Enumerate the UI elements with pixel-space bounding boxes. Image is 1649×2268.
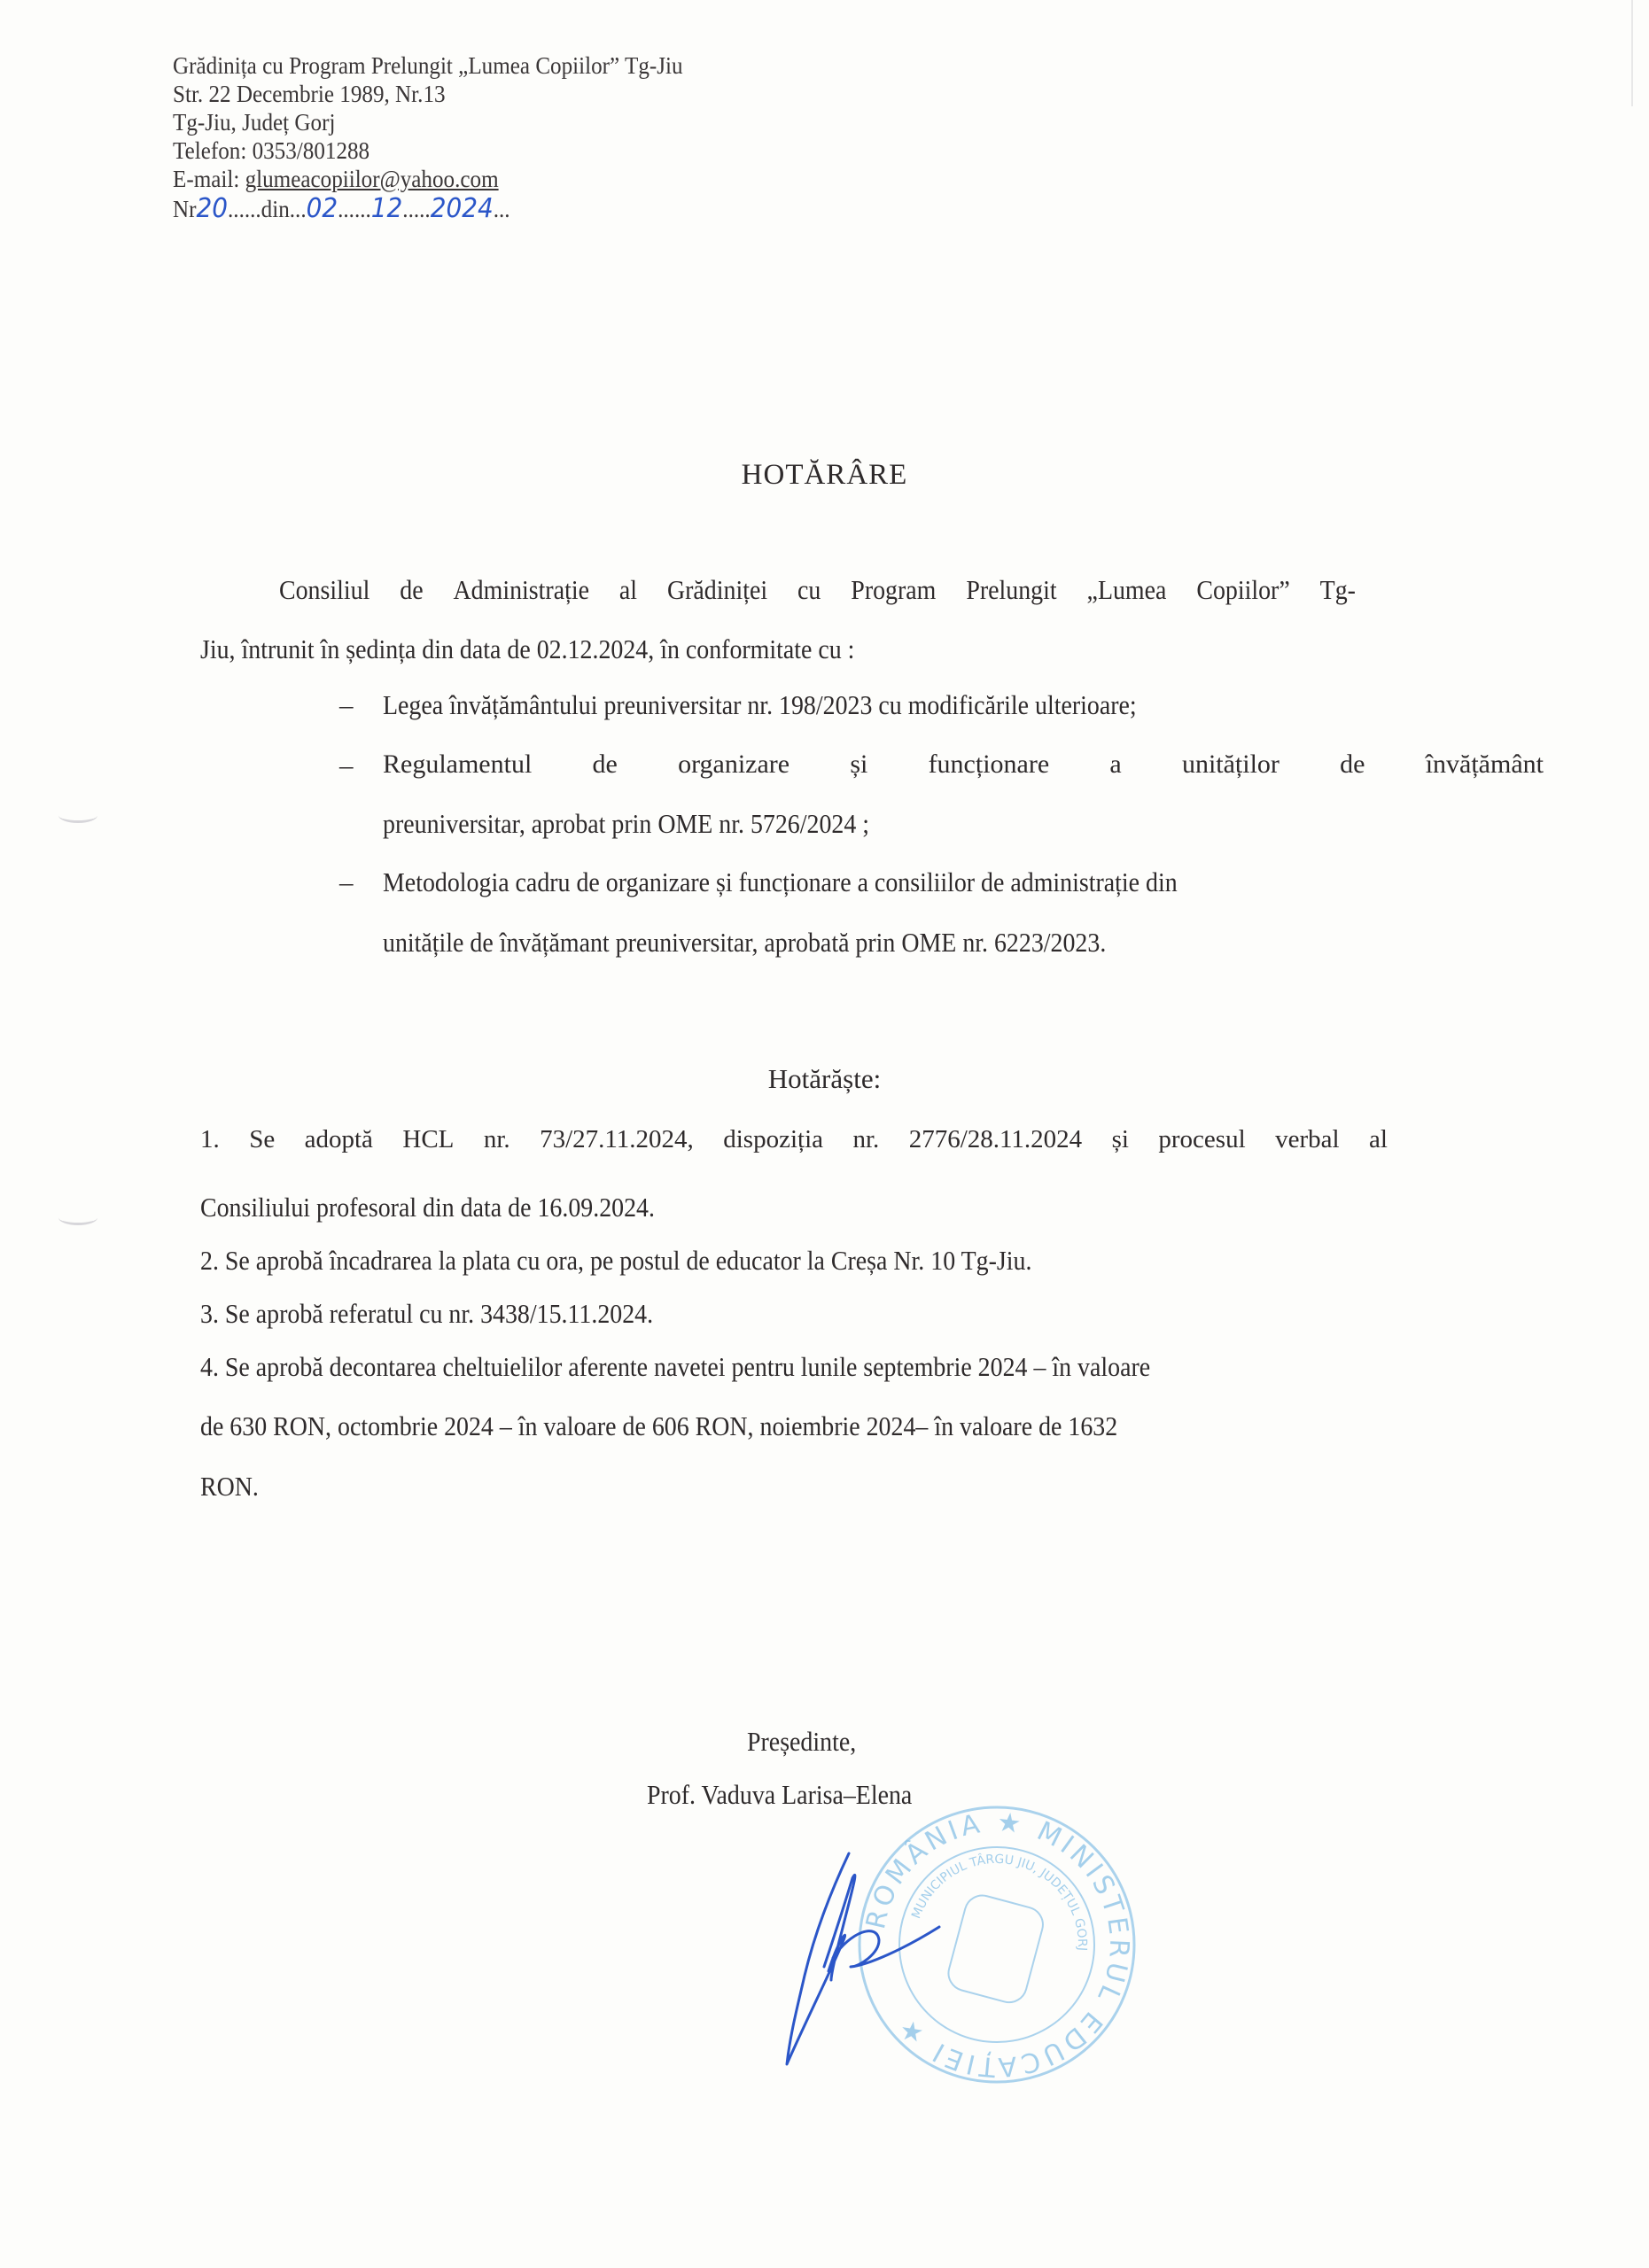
decision-item: RON. (200, 1471, 259, 1503)
institution-email-line: E-mail: glumeacopiilor@yahoo.com (173, 165, 499, 193)
preamble-word: Program (851, 574, 936, 606)
reg-month-handwritten: 12 (371, 193, 403, 224)
legal-basis-item: Metodologia cadru de organizare și funcț… (383, 866, 1178, 898)
preamble-word: „Lumea (1087, 574, 1167, 606)
institution-phone: Telefon: 0353/801288 (173, 136, 369, 165)
document-title: HOTĂRÂRE (0, 459, 1649, 492)
reg-day-handwritten: 02 (307, 193, 338, 224)
preamble-word: de (400, 574, 423, 606)
scan-edge-mark (1631, 0, 1633, 106)
reg-dots: ... (494, 196, 510, 222)
preamble-line-1: ConsiliuldeAdministrațiealGrădinițeicuPr… (279, 574, 1356, 606)
decision-item: 4. Se aprobă decontarea cheltuielilor af… (200, 1351, 1150, 1383)
preamble-word: al (619, 574, 637, 606)
decision-item: de 630 RON, octombrie 2024 – în valoare … (200, 1410, 1117, 1442)
email-label: E-mail: (173, 166, 245, 192)
reg-year-handwritten: 2024 (431, 193, 494, 224)
reg-prefix: Nr (173, 196, 197, 222)
reg-number-handwritten: 20 (197, 193, 229, 224)
decision-item: 1.SeadoptăHCLnr.73/27.11.2024,dispoziția… (200, 1125, 1388, 1154)
bullet-dash: – (339, 866, 354, 898)
bullet-dash: – (339, 750, 354, 781)
decision-item: 2. Se aprobă încadrarea la plata cu ora,… (200, 1245, 1031, 1277)
legal-basis-item: unitățile de învățămant preuniversitar, … (383, 927, 1106, 959)
reg-dots: ...... (338, 196, 371, 222)
institution-name: Grădinița cu Program Prelungit „Lumea Co… (173, 51, 683, 80)
preamble-line-2: Jiu, întrunit în ședința din data de 02.… (200, 633, 854, 665)
legal-basis-item: Legea învățământului preuniversitar nr. … (383, 689, 1137, 721)
decides-heading: Hotărăște: (0, 1063, 1649, 1095)
punch-hole-mark-bottom (58, 1210, 97, 1225)
registration-line: Nr20......din...02......12.....2024... (173, 195, 510, 223)
decision-item: Consiliului profesoral din data de 16.09… (200, 1192, 655, 1223)
preamble-word: Copiilor” (1196, 574, 1289, 606)
decision-item: 3. Se aprobă referatul cu nr. 3438/15.11… (200, 1298, 653, 1330)
institution-address: Str. 22 Decembrie 1989, Nr.13 (173, 80, 446, 108)
institution-city: Tg-Jiu, Județ Gorj (173, 108, 335, 136)
legal-basis-item: preuniversitar, aprobat prin OME nr. 572… (383, 808, 869, 840)
preamble-word: Prelungit (966, 574, 1056, 606)
preamble-word: Consiliul (279, 574, 369, 606)
reg-dots: ......din... (228, 196, 307, 222)
preamble-word: Administrație (454, 574, 589, 606)
email-link[interactable]: glumeacopiilor@yahoo.com (245, 166, 499, 192)
signatory-role: Președinte, (747, 1726, 856, 1758)
reg-dots: ..... (402, 196, 430, 222)
punch-hole-mark-top (58, 808, 97, 823)
bullet-dash: – (339, 689, 354, 721)
legal-basis-item: Regulamentuldeorganizareșifuncționareaun… (383, 750, 1544, 780)
preamble-word: Grădiniței (667, 574, 767, 606)
preamble-word: cu (797, 574, 821, 606)
preamble-word: Tg- (1320, 574, 1356, 606)
signature-scribble (780, 1843, 1046, 2091)
